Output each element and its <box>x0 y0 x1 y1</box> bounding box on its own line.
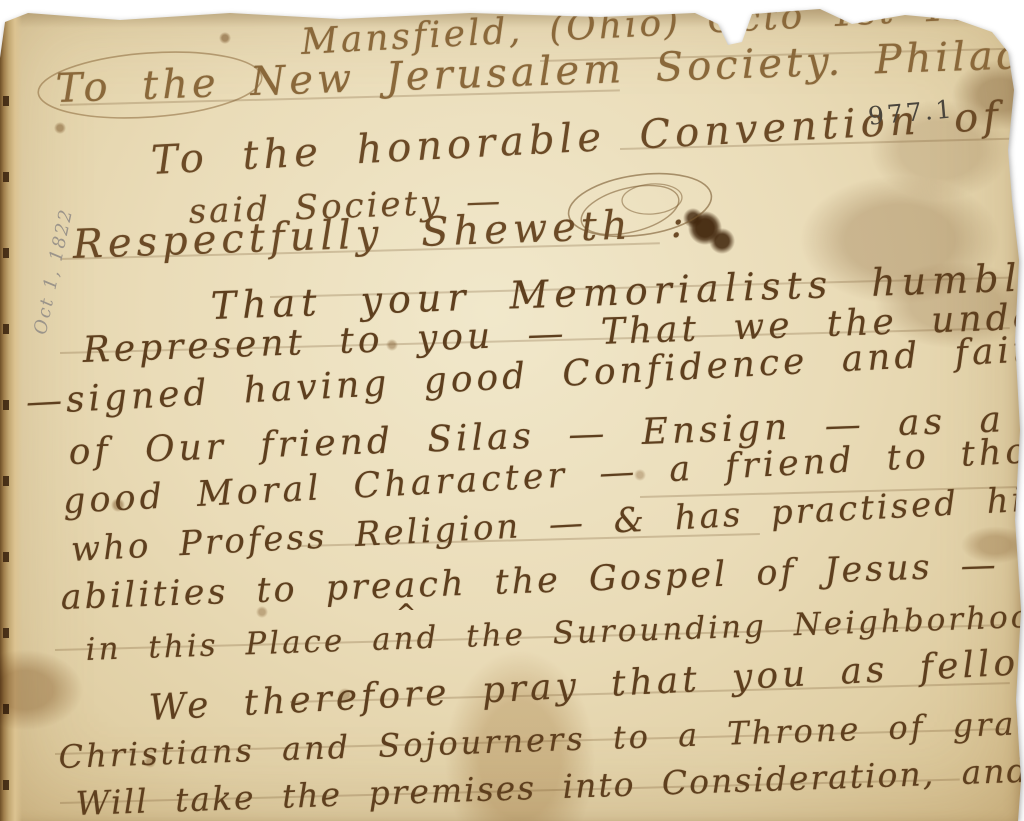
paper-wrapper: Mansfield, (Ohio) Octo 1st 1822 To the N… <box>0 0 1024 821</box>
insertion-caret: ^ <box>396 598 416 627</box>
scanned-letter: Mansfield, (Ohio) Octo 1st 1822 To the N… <box>0 0 1024 821</box>
letter-page: Mansfield, (Ohio) Octo 1st 1822 To the N… <box>0 0 1024 821</box>
